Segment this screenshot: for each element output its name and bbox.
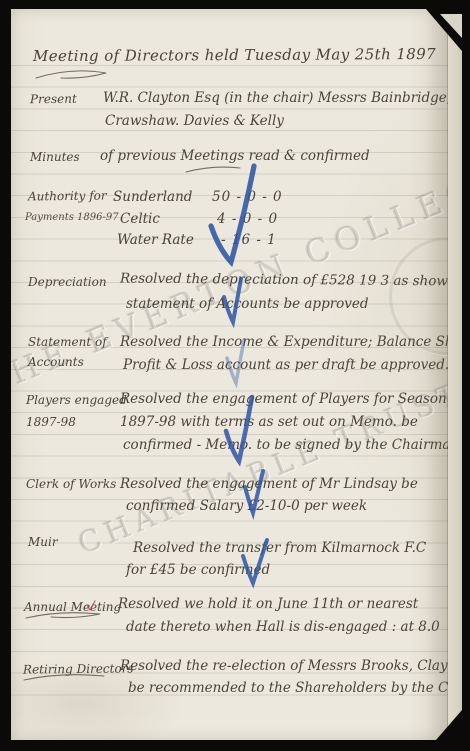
payment-item: Water Rate: [117, 234, 194, 248]
margin-label-authority-1: Authority for: [28, 190, 107, 203]
underline-flourish: [186, 167, 240, 172]
entry-players-line3: confirmed - Memo. to be signed by the Ch…: [123, 439, 459, 453]
entry-retiring-line2: be recommended to the Shareholders by th…: [128, 682, 462, 696]
entry-clerk-line1: Resolved the engagement of Mr Lindsay be: [120, 478, 418, 492]
entry-accounts-line1: Resolved the Income & Expenditure; Balan…: [120, 336, 462, 350]
margin-label-minutes: Minutes: [30, 151, 80, 163]
entry-annual-line2: date thereto when Hall is dis-engaged : …: [126, 621, 440, 635]
entry-retiring-line1: Resolved the re-election of Messrs Brook…: [120, 660, 462, 674]
payment-amount: - 16 - 1: [221, 234, 277, 248]
entry-minutes-line1: of previous Meetings read & confirmed: [100, 150, 370, 164]
entry-depreciation-line1: Resolved the depreciation of £528 19 3 a…: [120, 272, 462, 289]
entry-players-line2: 1897-98 with terms as set out on Memo. b…: [120, 416, 418, 430]
entry-clerk-line2: confirmed Salary £2-10-0 per week: [126, 500, 367, 514]
margin-label-authority-2: Payments 1896-97: [25, 213, 119, 223]
margin-label-accounts-2: Accounts: [28, 356, 84, 368]
entry-players-line1: Resolved the engagement of Players for S…: [120, 393, 447, 407]
entry-muir-line1: Resolved the transfer from Kilmarnock F.…: [133, 542, 426, 556]
payment-item: Sunderland: [113, 191, 192, 205]
entry-present-line2: Crawshaw. Davies & Kelly: [105, 115, 284, 129]
scanned-minute-book-photo: THE EVERTON COLLECTION CHARITABLE TRUST …: [0, 0, 470, 751]
page-edge-shadow: [425, 9, 447, 740]
entry-depreciation-line2: statement of Accounts be approved: [126, 298, 369, 312]
margin-label-accounts-1: Statement of: [28, 336, 107, 348]
margin-label-present: Present: [30, 93, 77, 105]
margin-label-muir: Muir: [28, 536, 58, 548]
margin-label-depreciation: Depreciation: [28, 276, 107, 288]
entry-muir-line2: for £45 be confirmed: [126, 564, 270, 578]
margin-label-players-1: Players engaged: [26, 394, 127, 406]
ledger-page: THE EVERTON COLLECTION CHARITABLE TRUST …: [11, 9, 462, 740]
payment-amount: 50 - 0 - 0: [212, 191, 283, 205]
margin-label-clerk: Clerk of Works: [26, 478, 116, 490]
payment-amount: 4 - 0 - 0: [217, 213, 278, 227]
entry-annual-line1: Resolved we hold it on June 11th or near…: [118, 598, 418, 612]
payment-item: Celtic: [120, 213, 160, 227]
page-fore-edge: [448, 9, 462, 740]
entry-accounts-line2: Profit & Loss account as per draft be ap…: [123, 359, 449, 373]
page-title: Meeting of Directors held Tuesday May 25…: [33, 47, 436, 64]
margin-label-annual: Annual Meeting: [24, 601, 121, 613]
margin-label-retiring: Retiring Directors: [23, 662, 134, 675]
entry-present-line1: W.R. Clayton Esq (in the chair) Messrs B…: [103, 92, 462, 106]
margin-label-players-2: 1897-98: [26, 416, 76, 428]
underline-flourish: [36, 71, 106, 78]
